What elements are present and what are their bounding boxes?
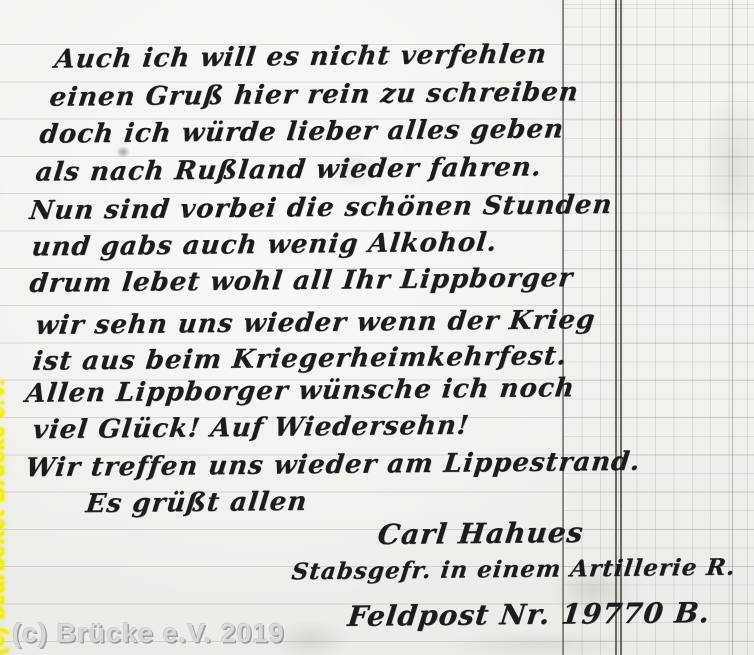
handwritten-line: viel Glück! Auf Wiedersehn! [31,411,471,446]
handwritten-line: ist aus beim Kriegerheimkehrfest. [31,341,569,377]
scanned-letter-page: Auch ich will es nicht verfehlen einen G… [0,0,754,655]
signature-fieldpost: Feldpost Nr. 19770 B. [346,596,712,633]
handwritten-line: doch ich würde lieber alles geben [38,114,566,149]
signature-name: Carl Hahues [376,516,585,551]
watermark-vertical-bearbeitet: (c) bearbeitet Brücke e.V. [0,379,10,655]
handwritten-line: wir sehn uns wieder wenn der Krieg [34,305,597,341]
handwritten-line: drum lebet wohl all Ihr Lippborger [28,263,575,299]
handwritten-line: Auch ich will es nicht verfehlen [53,39,549,74]
handwritten-line: Allen Lippborger wünsche ich noch [24,373,576,409]
handwritten-line: Nun sind vorbei die schönen Stunden [28,190,614,226]
handwritten-line: und gabs auch wenig Alkohol. [30,228,499,263]
handwritten-line: einen Gruß hier rein zu schreiben [48,77,580,113]
handwritten-line: als nach Rußland wieder fahren. [34,152,543,187]
signature-rank: Stabsgefr. in einem Artillerie R. [290,554,737,586]
handwritten-line: Es grüßt allen [84,487,309,519]
watermark-copyright-2019: (c) Brücke e.V. 2019 [12,618,285,649]
